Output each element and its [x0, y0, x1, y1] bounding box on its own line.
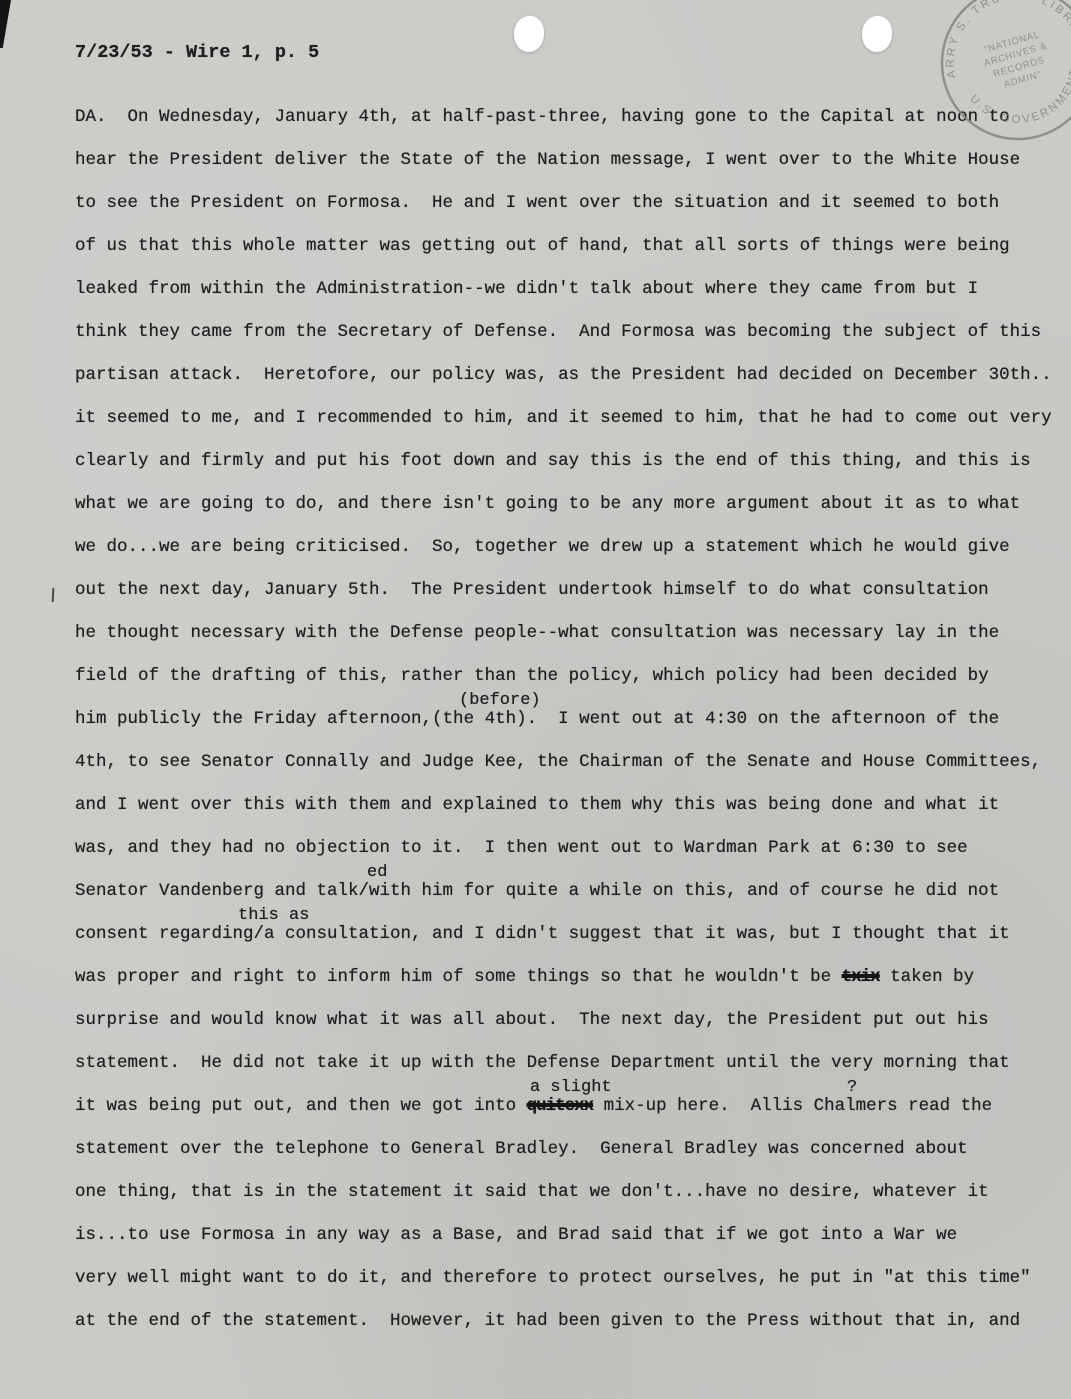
text-line: leaked from within the Administration--w… — [75, 268, 1051, 311]
text-segment: leaked from within the Administration--w… — [75, 279, 978, 299]
text-segment: one thing, that is in the statement it s… — [75, 1182, 989, 1202]
doc-body: DA. On Wednesday, January 4th, at half-p… — [75, 96, 1051, 1343]
text-segment: it was being put out, and then we got in… — [75, 1096, 527, 1116]
text-segment: surprise and would know what it was all … — [75, 1010, 989, 1030]
text-segment: DA. On Wednesday, January 4th, at half-p… — [75, 107, 1010, 127]
text-segment: statement over the telephone to General … — [75, 1139, 968, 1159]
text-line: this asconsent regarding/a consultation,… — [75, 913, 1051, 956]
text-segment: clearly and firmly and put his foot down… — [75, 451, 1031, 471]
text-segment: out the next day, January 5th. The Presi… — [75, 580, 989, 600]
text-segment: hear the President deliver the State of … — [75, 150, 1020, 170]
document-page: 7/23/53 - Wire 1, p. 5 DA. On Wednesday,… — [0, 0, 1071, 1399]
text-segment: mix-up here. Allis Chalmers read the — [593, 1096, 992, 1116]
text-segment: at the end of the statement. However, it… — [75, 1311, 1020, 1331]
text-line: is...to use Formosa in any way as a Base… — [75, 1214, 1051, 1257]
text-line: statement over the telephone to General … — [75, 1128, 1051, 1171]
text-line: 4th, to see Senator Connally and Judge K… — [75, 741, 1051, 784]
text-line: and I went over this with them and expla… — [75, 784, 1051, 827]
interline-annotation: ed — [367, 864, 387, 881]
text-segment: was proper and right to inform him of so… — [75, 967, 842, 987]
text-segment: field of the drafting of this, rather th… — [75, 666, 989, 686]
text-segment: of us that this whole matter was getting… — [75, 236, 1010, 256]
text-segment: think they came from the Secretary of De… — [75, 322, 1041, 342]
text-segment: Senator Vandenberg and talk/with him for… — [75, 881, 999, 901]
hole-punch — [514, 16, 544, 52]
text-line: partisan attack. Heretofore, our policy … — [75, 354, 1051, 397]
interline-annotation: ? — [847, 1079, 857, 1096]
scan-edge-artifact — [0, 0, 11, 48]
text-line: out the next day, January 5th. The Presi… — [75, 569, 1051, 612]
text-segment: is...to use Formosa in any way as a Base… — [75, 1225, 957, 1245]
text-segment: what we are going to do, and there isn't… — [75, 494, 1020, 514]
text-line: he thought necessary with the Defense pe… — [75, 612, 1051, 655]
struck-out-word: quitexx — [527, 1096, 594, 1116]
struck-out-word: txix — [842, 967, 880, 987]
hole-punch — [862, 16, 892, 52]
text-line: surprise and would know what it was all … — [75, 999, 1051, 1042]
text-line: was, and they had no objection to it. I … — [75, 827, 1051, 870]
text-segment: to see the President on Formosa. He and … — [75, 193, 999, 213]
interline-annotation: (before) — [459, 692, 541, 709]
text-line: think they came from the Secretary of De… — [75, 311, 1051, 354]
text-segment: him publicly the Friday afternoon,(the 4… — [75, 709, 999, 729]
margin-mark-artifact — [52, 588, 55, 602]
text-line: one thing, that is in the statement it s… — [75, 1171, 1051, 1214]
text-line: very well might want to do it, and there… — [75, 1257, 1051, 1300]
text-line: was proper and right to inform him of so… — [75, 956, 1051, 999]
text-line: a slight?it was being put out, and then … — [75, 1085, 1051, 1128]
text-line: we do...we are being criticised. So, tog… — [75, 526, 1051, 569]
text-line: (before)him publicly the Friday afternoo… — [75, 698, 1051, 741]
text-segment: taken by — [880, 967, 975, 987]
text-segment: 4th, to see Senator Connally and Judge K… — [75, 752, 1041, 772]
text-segment: partisan attack. Heretofore, our policy … — [75, 365, 1052, 385]
interline-annotation: a slight — [530, 1079, 612, 1096]
text-line: field of the drafting of this, rather th… — [75, 655, 1051, 698]
text-line: it seemed to me, and I recommended to hi… — [75, 397, 1051, 440]
doc-header: 7/23/53 - Wire 1, p. 5 — [75, 42, 319, 63]
text-segment: was, and they had no objection to it. I … — [75, 838, 968, 858]
text-line: clearly and firmly and put his foot down… — [75, 440, 1051, 483]
text-line: to see the President on Formosa. He and … — [75, 182, 1051, 225]
text-segment: consent regarding/a consultation, and I … — [75, 924, 1010, 944]
text-segment: and I went over this with them and expla… — [75, 795, 999, 815]
text-segment: very well might want to do it, and there… — [75, 1268, 1031, 1288]
text-segment: he thought necessary with the Defense pe… — [75, 623, 999, 643]
text-segment: it seemed to me, and I recommended to hi… — [75, 408, 1052, 428]
text-line: DA. On Wednesday, January 4th, at half-p… — [75, 96, 1051, 139]
text-line: edSenator Vandenberg and talk/with him f… — [75, 870, 1051, 913]
text-line: of us that this whole matter was getting… — [75, 225, 1051, 268]
text-line: what we are going to do, and there isn't… — [75, 483, 1051, 526]
text-segment: we do...we are being criticised. So, tog… — [75, 537, 1010, 557]
interline-annotation: this as — [238, 907, 309, 924]
text-line: hear the President deliver the State of … — [75, 139, 1051, 182]
text-segment: statement. He did not take it up with th… — [75, 1053, 1010, 1073]
text-line: at the end of the statement. However, it… — [75, 1300, 1051, 1343]
